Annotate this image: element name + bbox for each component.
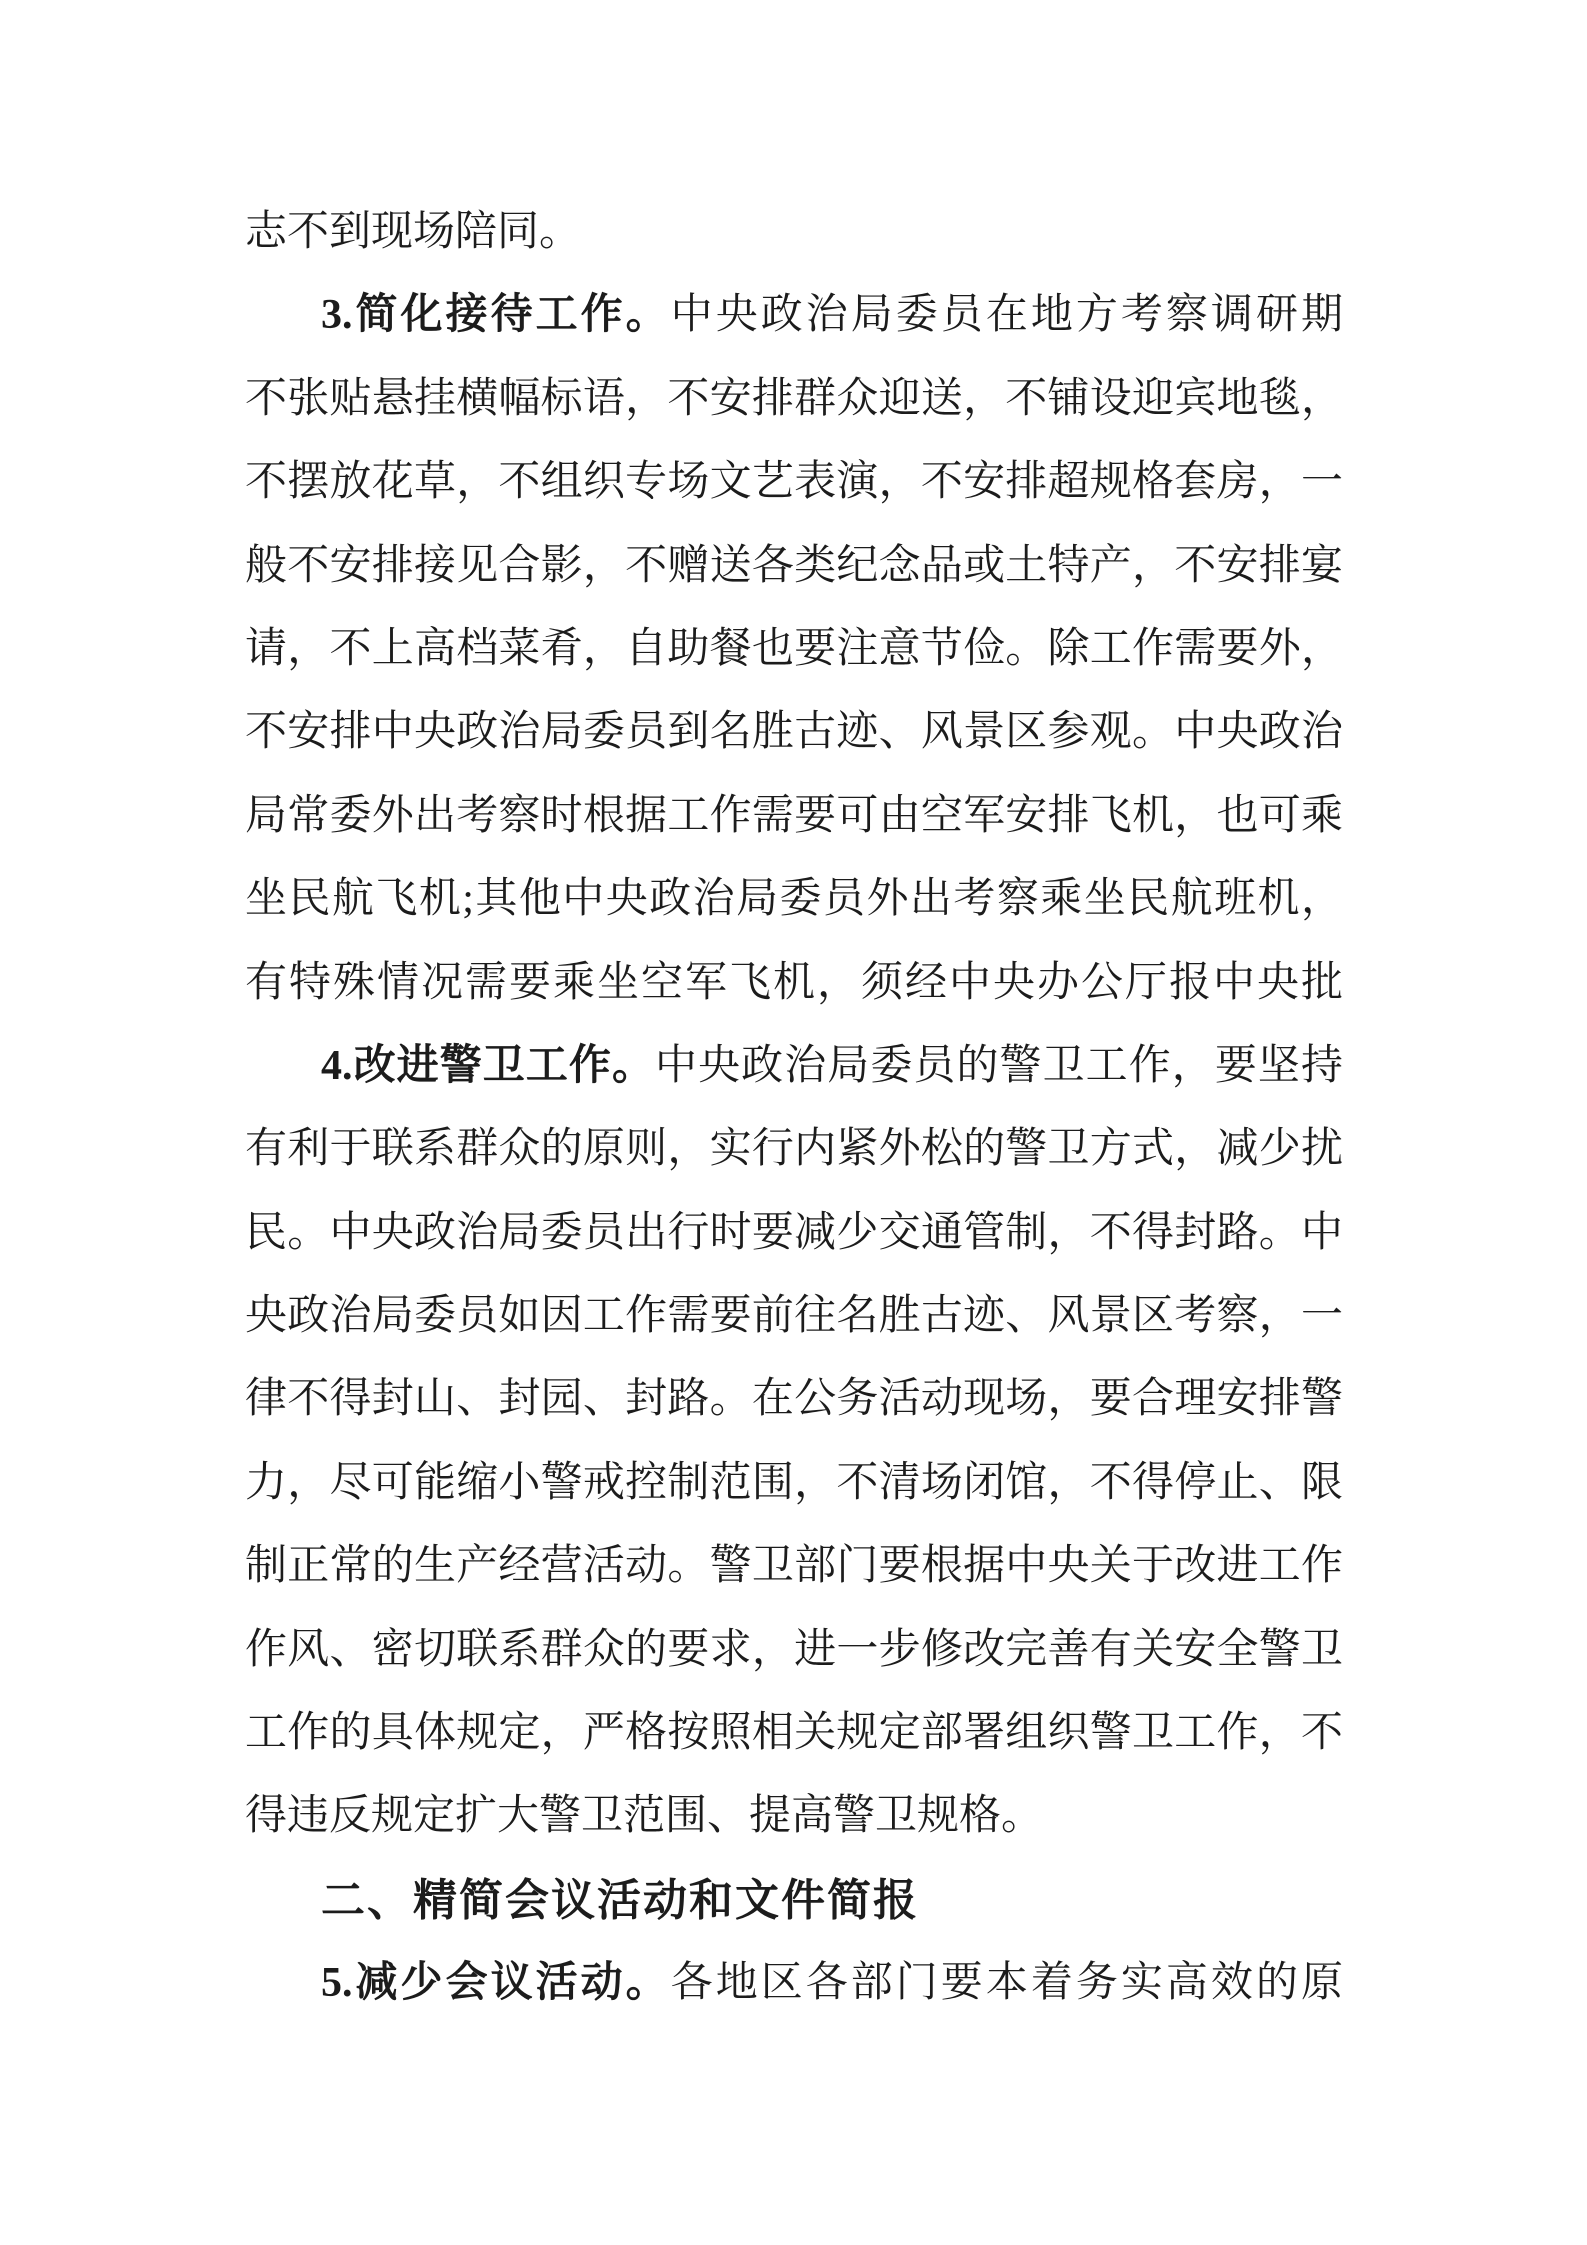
text-line: 作风、密切联系群众的要求，进一步修改完善有关安全警卫 (245, 1609, 1343, 1692)
text-line: 不摆放花草，不组织专场文艺表演，不安排超规格套房，一 (245, 441, 1343, 524)
body-text: 作风、密切联系群众的要求，进一步修改完善有关安全警卫 (245, 1627, 1343, 1673)
text-line: 不张贴悬挂横幅标语，不安排群众迎送，不铺设迎宾地毯， (245, 358, 1343, 441)
text-line: 志不到现场陪同。 (245, 191, 1343, 274)
text-line: 得违反规定扩大警卫范围、提高警卫规格。 (245, 1775, 1343, 1858)
body-text: 制正常的生产经营活动。警卫部门要根据中央关于改进工作 (245, 1543, 1343, 1589)
text-line: 有特殊情况需要乘坐空军飞机，须经中央办公厅报中央批准。 (245, 942, 1343, 1025)
body-text: 律不得封山、封园、封路。在公务活动现场，要合理安排警 (245, 1376, 1343, 1422)
text-line: 有利于联系群众的原则，实行内紧外松的警卫方式，减少扰 (245, 1108, 1343, 1191)
body-text: 局常委外出考察时根据工作需要可由空军安排飞机，也可乘 (245, 793, 1343, 839)
body-text: 有特殊情况需要乘坐空军飞机，须经中央办公厅报中央批准。 (245, 960, 1343, 1025)
text-line: 律不得封山、封园、封路。在公务活动现场，要合理安排警 (245, 1358, 1343, 1441)
body-text: 力，尽可能缩小警戒控制范围，不清场闭馆，不得停止、限 (245, 1460, 1343, 1506)
text-line: 3.简化接待工作。中央政治局委员在地方考察调研期间， (245, 274, 1343, 357)
section-heading: 二、精简会议活动和文件简报 (245, 1859, 1343, 1942)
body-text: 民。中央政治局委员出行时要减少交通管制，不得封路。中 (245, 1210, 1343, 1256)
body-text: 不摆放花草，不组织专场文艺表演，不安排超规格套房，一 (245, 459, 1343, 505)
body-text: 央政治局委员如因工作需要前往名胜古迹、风景区考察，一 (245, 1293, 1343, 1339)
body-text: 工作的具体规定，严格按照相关规定部署组织警卫工作，不 (245, 1710, 1343, 1756)
text-line: 央政治局委员如因工作需要前往名胜古迹、风景区考察，一 (245, 1275, 1343, 1358)
text-line: 4.改进警卫工作。中央政治局委员的警卫工作，要坚持 (245, 1025, 1343, 1108)
body-text: 请，不上高档菜肴，自助餐也要注意节俭。除工作需要外， (245, 626, 1343, 672)
document-page: 志不到现场陪同。3.简化接待工作。中央政治局委员在地方考察调研期间，不张贴悬挂横… (0, 0, 1587, 2245)
item-title-text: 3.简化接待工作。 (321, 292, 671, 338)
text-line: 局常委外出考察时根据工作需要可由空军安排飞机，也可乘 (245, 775, 1343, 858)
section-heading-text: 二、精简会议活动和文件简报 (321, 1876, 919, 1925)
body-text: 坐民航飞机;其他中央政治局委员外出考察乘坐民航班机，如 (245, 876, 1343, 941)
body-text: 不安排中央政治局委员到名胜古迹、风景区参观。中央政治 (245, 709, 1343, 755)
body-text: 有利于联系群众的原则，实行内紧外松的警卫方式，减少扰 (245, 1126, 1343, 1172)
text-line: 民。中央政治局委员出行时要减少交通管制，不得封路。中 (245, 1192, 1343, 1275)
body-text: 得违反规定扩大警卫范围、提高警卫规格。 (245, 1793, 1043, 1839)
text-line: 力，尽可能缩小警戒控制范围，不清场闭馆，不得停止、限 (245, 1442, 1343, 1525)
text-line: 5.减少会议活动。各地区各部门要本着务实高效的原则， (245, 1942, 1343, 2025)
text-line: 不安排中央政治局委员到名胜古迹、风景区参观。中央政治 (245, 691, 1343, 774)
item-title-text: 5.减少会议活动。 (321, 1960, 671, 2006)
document-body: 志不到现场陪同。3.简化接待工作。中央政治局委员在地方考察调研期间，不张贴悬挂横… (245, 191, 1343, 2026)
item-title-text: 4.改进警卫工作。 (321, 1043, 655, 1089)
text-line: 般不安排接见合影，不赠送各类纪念品或土特产，不安排宴 (245, 525, 1343, 608)
text-line: 工作的具体规定，严格按照相关规定部署组织警卫工作，不 (245, 1692, 1343, 1775)
text-line: 坐民航飞机;其他中央政治局委员外出考察乘坐民航班机，如 (245, 858, 1343, 941)
body-text: 不张贴悬挂横幅标语，不安排群众迎送，不铺设迎宾地毯， (245, 376, 1343, 422)
text-line: 请，不上高档菜肴，自助餐也要注意节俭。除工作需要外， (245, 608, 1343, 691)
body-text: 中央政治局委员的警卫工作，要坚持 (655, 1043, 1343, 1089)
body-text: 志不到现场陪同。 (245, 209, 581, 255)
body-text: 般不安排接见合影，不赠送各类纪念品或土特产，不安排宴 (245, 543, 1343, 589)
text-line: 制正常的生产经营活动。警卫部门要根据中央关于改进工作 (245, 1525, 1343, 1608)
